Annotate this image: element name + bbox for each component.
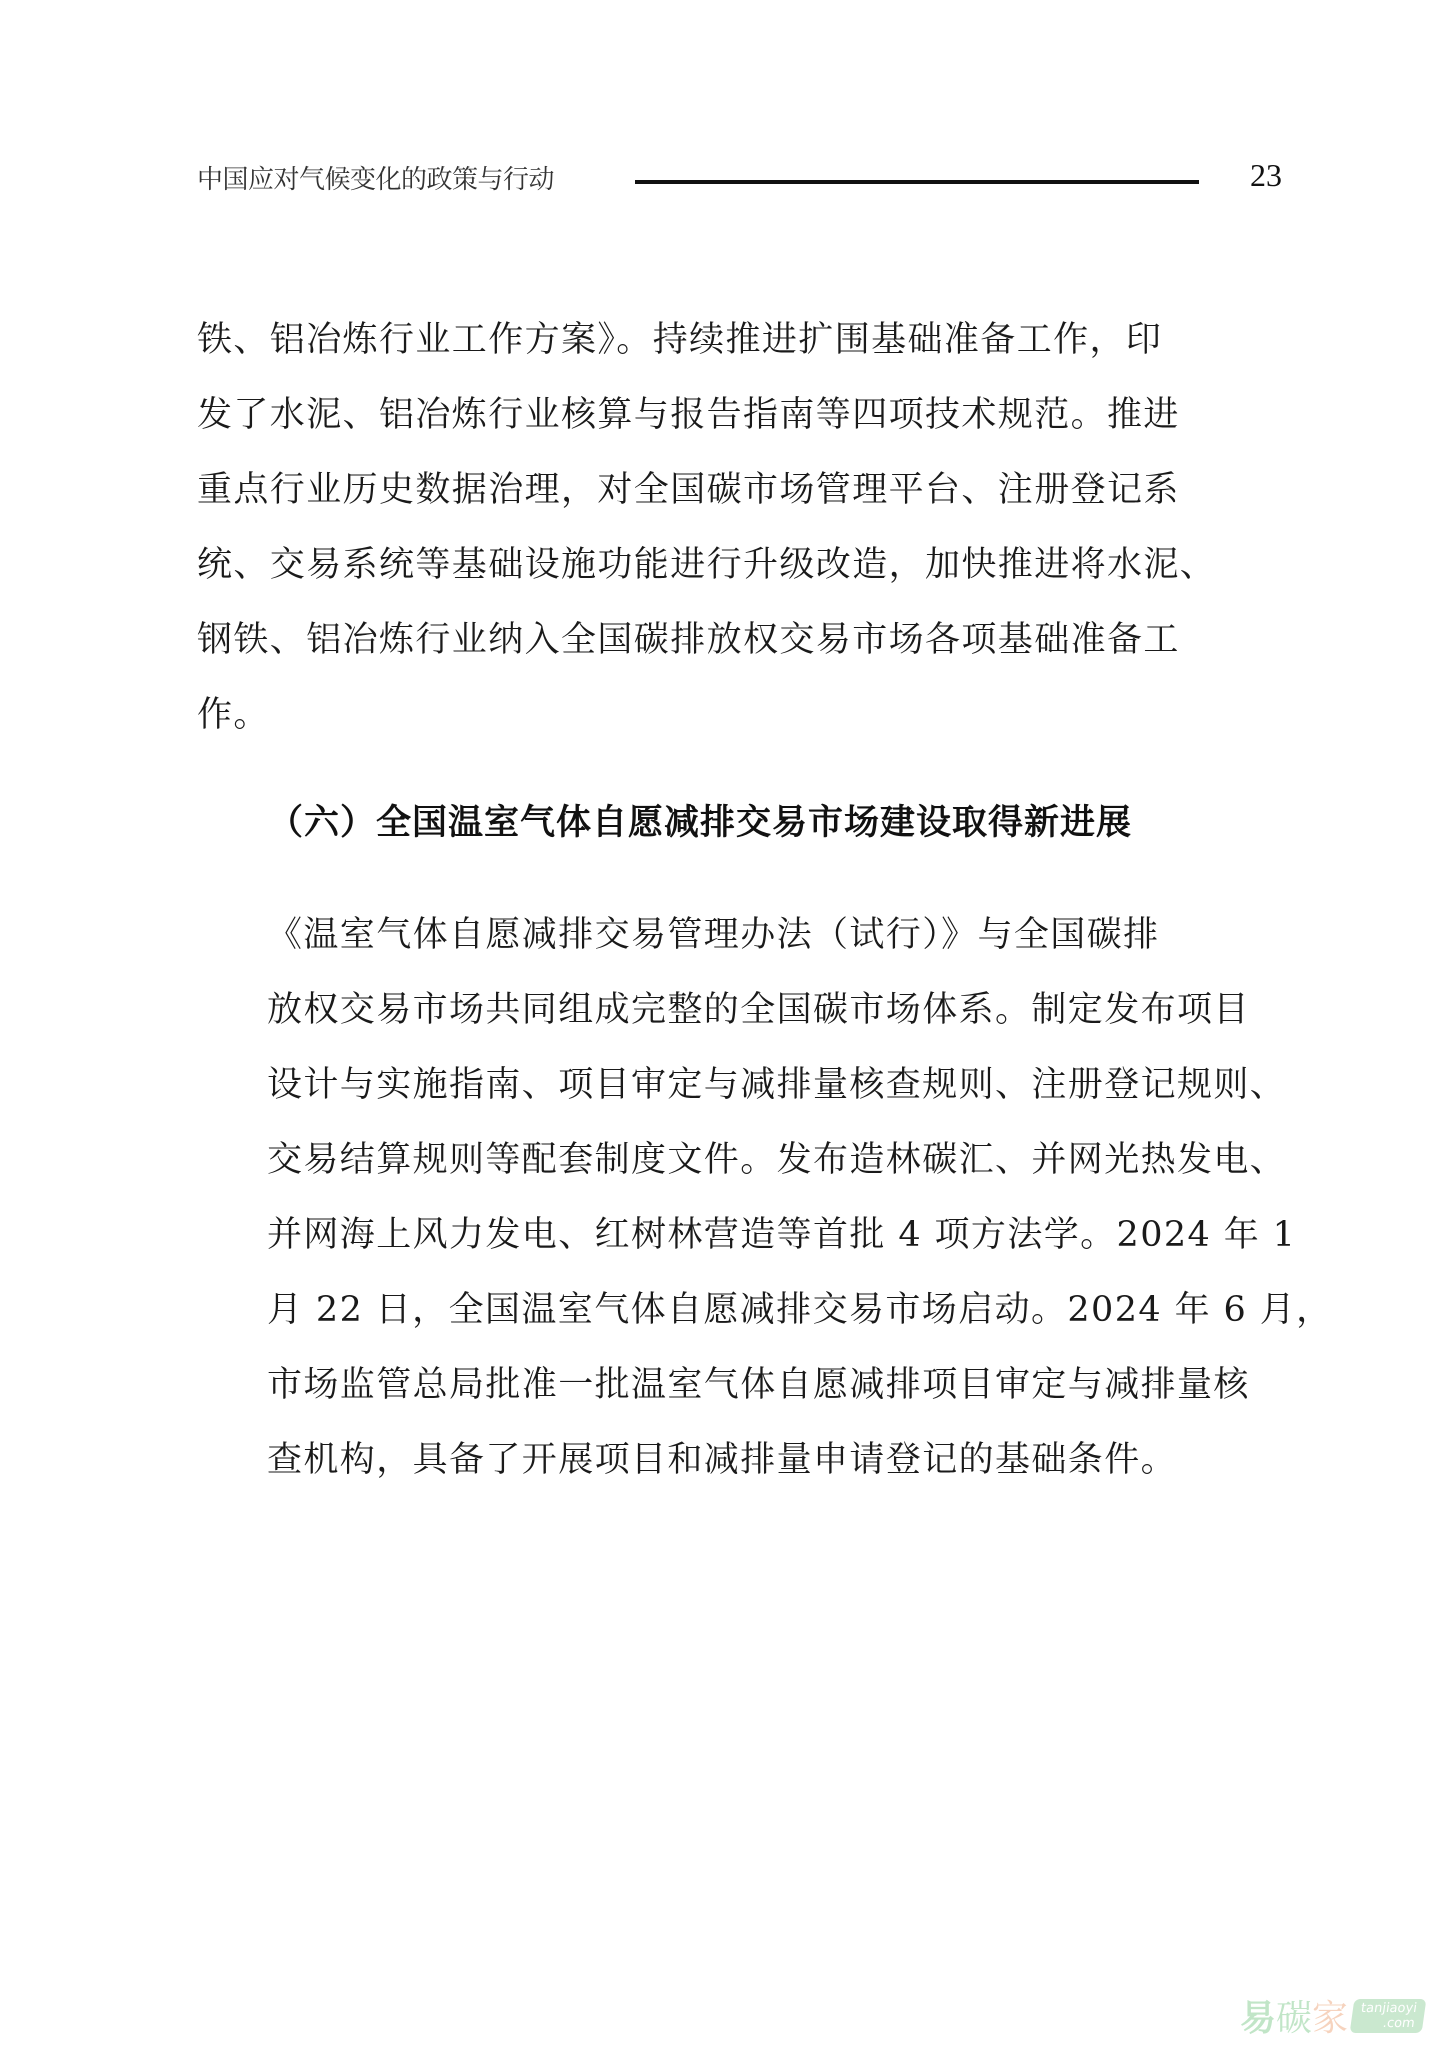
header-divider xyxy=(635,180,1199,184)
watermark-char: 家 xyxy=(1312,1990,1348,2041)
watermark-tld: .com xyxy=(1358,2016,1416,2031)
text-line: 放权交易市场共同组成完整的全国碳市场体系。制定发布项目 xyxy=(197,973,1253,1048)
text-line: 《温室气体自愿减排交易管理办法（试行）》与全国碳排 xyxy=(197,898,1253,973)
page-header: 中国应对气候变化的政策与行动 23 xyxy=(197,155,1282,201)
text-line: 市场监管总局批准一批温室气体自愿减排项目审定与减排量核 xyxy=(197,1348,1253,1423)
text-line: 并网海上风力发电、红树林营造等首批 4 项方法学。2024 年 1 xyxy=(197,1198,1253,1273)
text-line: 月 22 日，全国温室气体自愿减排交易市场启动。2024 年 6 月， xyxy=(197,1273,1253,1348)
watermark-logo: 易 碳 家 tanjiaoyi .com xyxy=(1240,1990,1424,2041)
running-title: 中国应对气候变化的政策与行动 xyxy=(197,159,554,196)
text-line: 作。 xyxy=(197,678,1253,753)
paragraph-carbon-market-expansion: 铁、铝冶炼行业工作方案》。持续推进扩围基础准备工作，印 发了水泥、铝冶炼行业核算… xyxy=(197,303,1253,753)
watermark-domain-badge: tanjiaoyi .com xyxy=(1350,1999,1427,2033)
watermark-char: 易 xyxy=(1240,1990,1276,2041)
section-heading: （六）全国温室气体自愿减排交易市场建设取得新进展 xyxy=(268,795,1132,845)
text-line: 发了水泥、铝冶炼行业核算与报告指南等四项技术规范。推进 xyxy=(197,378,1253,453)
text-line: 统、交易系统等基础设施功能进行升级改造，加快推进将水泥、 xyxy=(197,528,1253,603)
text-line: 设计与实施指南、项目审定与减排量核查规则、注册登记规则、 xyxy=(197,1048,1253,1123)
text-line: 交易结算规则等配套制度文件。发布造林碳汇、并网光热发电、 xyxy=(197,1123,1253,1198)
text-line: 查机构，具备了开展项目和减排量申请登记的基础条件。 xyxy=(197,1423,1253,1498)
paragraph-voluntary-emission-market: 《温室气体自愿减排交易管理办法（试行）》与全国碳排 放权交易市场共同组成完整的全… xyxy=(197,898,1253,1498)
text-line: 重点行业历史数据治理，对全国碳市场管理平台、注册登记系 xyxy=(197,453,1253,528)
text-line: 铁、铝冶炼行业工作方案》。持续推进扩围基础准备工作，印 xyxy=(197,303,1253,378)
text-line: 钢铁、铝冶炼行业纳入全国碳排放权交易市场各项基础准备工 xyxy=(197,603,1253,678)
watermark-char: 碳 xyxy=(1276,1990,1312,2041)
watermark-domain: tanjiaoyi xyxy=(1360,2001,1418,2016)
page-number: 23 xyxy=(1250,157,1282,194)
